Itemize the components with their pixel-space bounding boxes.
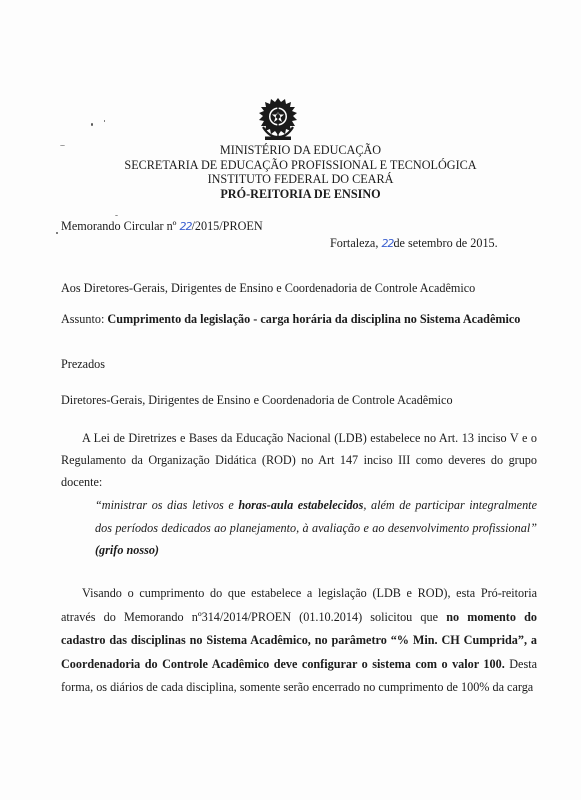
subject-text: Cumprimento da legislação - carga horári… <box>107 312 520 326</box>
paragraph-request: Visando o cumprimento do que estabelece … <box>61 582 537 700</box>
scan-speck <box>56 232 58 234</box>
salutation-recipients: Diretores-Gerais, Dirigentes de Ensino e… <box>61 393 453 408</box>
handwritten-memo-number: 22 <box>180 220 192 233</box>
addressees: Aos Diretores-Gerais, Dirigentes de Ensi… <box>61 281 475 296</box>
letterhead-institute: INSTITUTO FEDERAL DO CEARÁ <box>0 172 581 187</box>
scan-speck <box>104 120 105 122</box>
subject-label: Assunto: <box>61 312 107 326</box>
letterhead-department: PRÓ-REITORIA DE ENSINO <box>0 187 581 202</box>
handwritten-date-day: 22 <box>381 237 393 250</box>
document-page: MINISTÉRIO DA EDUCAÇÃO SECRETARIA DE EDU… <box>0 0 581 800</box>
quote-bold: horas-aula estabelecidos <box>238 498 363 512</box>
legal-quotation: “ministrar os dias letivos e horas-aula … <box>95 494 537 562</box>
date-line: Fortaleza, 22de setembro de 2015. <box>330 236 498 251</box>
memo-number: Memorando Circular nº 22/2015/PROEN <box>61 219 263 234</box>
quote-emphasis: (grifo nosso) <box>95 543 159 557</box>
brazil-coat-of-arms-icon <box>255 97 301 141</box>
letterhead-ministry: MINISTÉRIO DA EDUCAÇÃO <box>0 143 581 158</box>
scan-speck <box>91 123 93 126</box>
memo-number-prefix: Memorando Circular nº <box>61 219 180 233</box>
letterhead: MINISTÉRIO DA EDUCAÇÃO SECRETARIA DE EDU… <box>0 143 581 201</box>
date-rest: de setembro de 2015. <box>393 236 497 250</box>
date-city: Fortaleza, <box>330 236 381 250</box>
subject-line: Assunto: Cumprimento da legislação - car… <box>61 312 520 327</box>
letterhead-secretariat: SECRETARIA DE EDUCAÇÃO PROFISSIONAL E TE… <box>0 158 581 173</box>
quote-part1: “ministrar os dias letivos e <box>95 498 238 512</box>
memo-number-suffix: /2015/PROEN <box>192 219 263 233</box>
scan-speck <box>115 215 118 216</box>
salutation: Prezados <box>61 357 105 372</box>
paragraph-ldb: A Lei de Diretrizes e Bases da Educação … <box>61 427 537 493</box>
